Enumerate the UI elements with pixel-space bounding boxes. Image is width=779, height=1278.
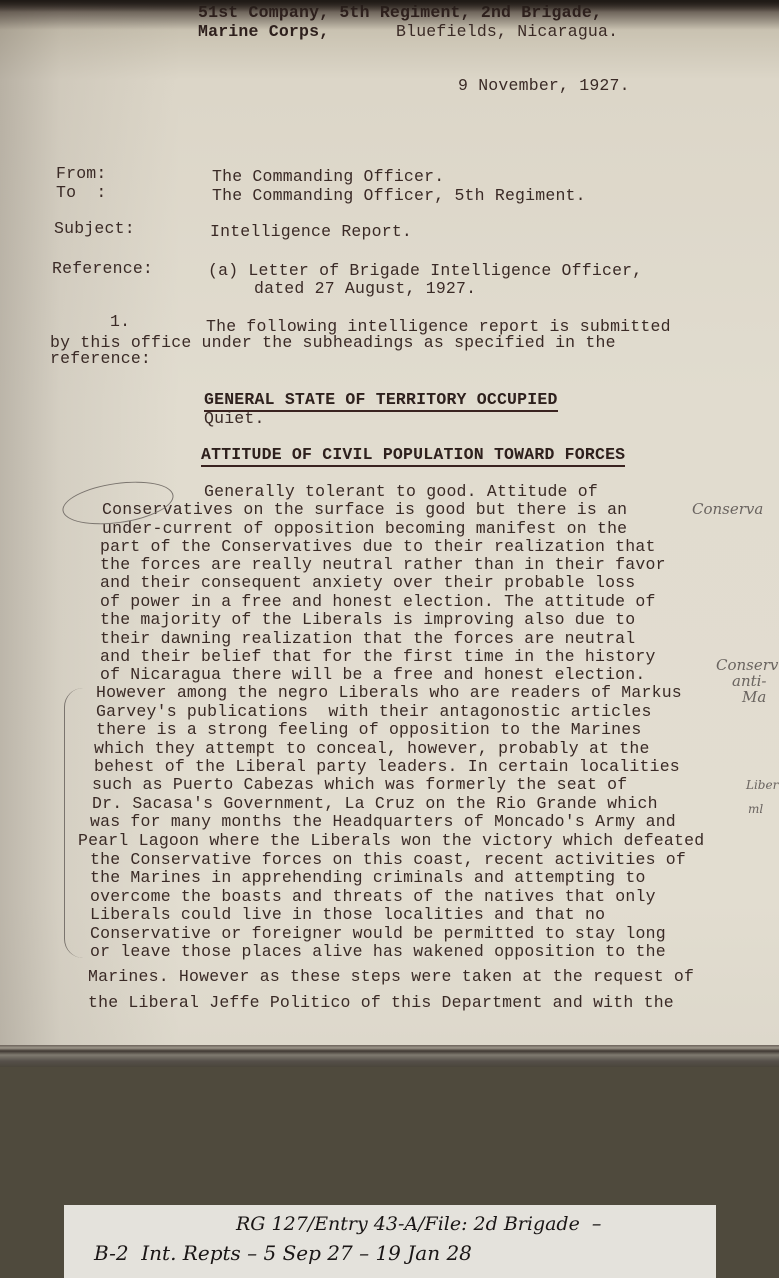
margin-note: ml bbox=[748, 802, 763, 816]
body-line: there is a strong feeling of opposition … bbox=[96, 721, 642, 739]
body-line: the forces are really neutral rather tha… bbox=[100, 556, 666, 574]
body-line: was for many months the Headquarters of … bbox=[90, 813, 676, 831]
body-line: Generally tolerant to good. Attitude of bbox=[204, 483, 598, 501]
reference-value-1: (a) Letter of Brigade Intelligence Offic… bbox=[208, 262, 642, 280]
margin-note: Conserva bbox=[692, 500, 763, 518]
archive-label-line-1: RG 127/Entry 43-A/File: 2d Brigade – bbox=[236, 1213, 601, 1235]
body-line: under-current of opposition becoming man… bbox=[102, 520, 627, 538]
body-line: Conservatives on the surface is good but… bbox=[102, 501, 627, 519]
body-line: behest of the Liberal party leaders. In … bbox=[94, 758, 680, 776]
to-label: To : bbox=[56, 184, 107, 202]
body-line: overcome the boasts and threats of the n… bbox=[90, 888, 656, 906]
body-line: or leave those places alive has wakened … bbox=[90, 943, 666, 961]
body-line: of power in a free and honest election. … bbox=[100, 593, 656, 611]
section-body-territory: Quiet. bbox=[204, 410, 265, 428]
paragraph-line: reference: bbox=[50, 350, 151, 368]
letterhead-line-1: 51st Company, 5th Regiment, 2nd Brigade, bbox=[198, 4, 602, 22]
body-line: the Conservative forces on this coast, r… bbox=[90, 851, 686, 869]
body-line: of Nicaragua there will be a free and ho… bbox=[100, 666, 646, 684]
body-line: the majority of the Liberals is improvin… bbox=[100, 611, 635, 629]
body-line: Liberals could live in those localities … bbox=[90, 906, 605, 924]
reference-value-2: dated 27 August, 1927. bbox=[254, 280, 476, 298]
document-date: 9 November, 1927. bbox=[458, 77, 630, 95]
body-line: Dr. Sacasa's Government, La Cruz on the … bbox=[92, 795, 658, 813]
handwritten-bracket-mark bbox=[64, 688, 83, 958]
body-line: Pearl Lagoon where the Liberals won the … bbox=[78, 832, 704, 850]
page-edge-shadow bbox=[0, 1045, 779, 1067]
typed-document-page: 51st Company, 5th Regiment, 2nd Brigade,… bbox=[0, 0, 779, 1058]
margin-note: Ma bbox=[742, 688, 766, 706]
subject-label: Subject: bbox=[54, 220, 135, 238]
paragraph-number: 1. bbox=[110, 313, 130, 331]
body-line: Garvey's publications with their antagon… bbox=[96, 703, 652, 721]
to-value: The Commanding Officer, 5th Regiment. bbox=[212, 187, 586, 205]
from-label: From: bbox=[56, 165, 107, 183]
archive-label-line-2: B-2 Int. Repts – 5 Sep 27 – 19 Jan 28 bbox=[94, 1241, 472, 1265]
subject-value: Intelligence Report. bbox=[210, 223, 412, 241]
from-value: The Commanding Officer. bbox=[212, 168, 444, 186]
body-line: the Liberal Jeffe Politico of this Depar… bbox=[88, 994, 674, 1012]
section-heading-attitude: ATTITUDE OF CIVIL POPULATION TOWARD FORC… bbox=[201, 446, 625, 467]
reference-label: Reference: bbox=[52, 260, 153, 278]
body-line: such as Puerto Cabezas which was formerl… bbox=[92, 776, 627, 794]
body-line: their dawning realization that the force… bbox=[100, 630, 635, 648]
body-line: the Marines in apprehending criminals an… bbox=[90, 869, 646, 887]
letterhead-location: Bluefields, Nicaragua. bbox=[396, 23, 618, 41]
body-line: Marines. However as these steps were tak… bbox=[88, 968, 694, 986]
margin-note: Liber bbox=[746, 778, 778, 792]
body-line: and their belief that for the first time… bbox=[100, 648, 656, 666]
body-line: However among the negro Liberals who are… bbox=[96, 684, 682, 702]
body-line: part of the Conservatives due to their r… bbox=[100, 538, 656, 556]
archive-label-slip: RG 127/Entry 43-A/File: 2d Brigade – B-2… bbox=[64, 1205, 716, 1278]
body-line: Conservative or foreigner would be permi… bbox=[90, 925, 666, 943]
body-line: and their consequent anxiety over their … bbox=[100, 574, 635, 592]
body-line: which they attempt to conceal, however, … bbox=[94, 740, 650, 758]
letterhead-unit: Marine Corps, bbox=[198, 23, 329, 41]
